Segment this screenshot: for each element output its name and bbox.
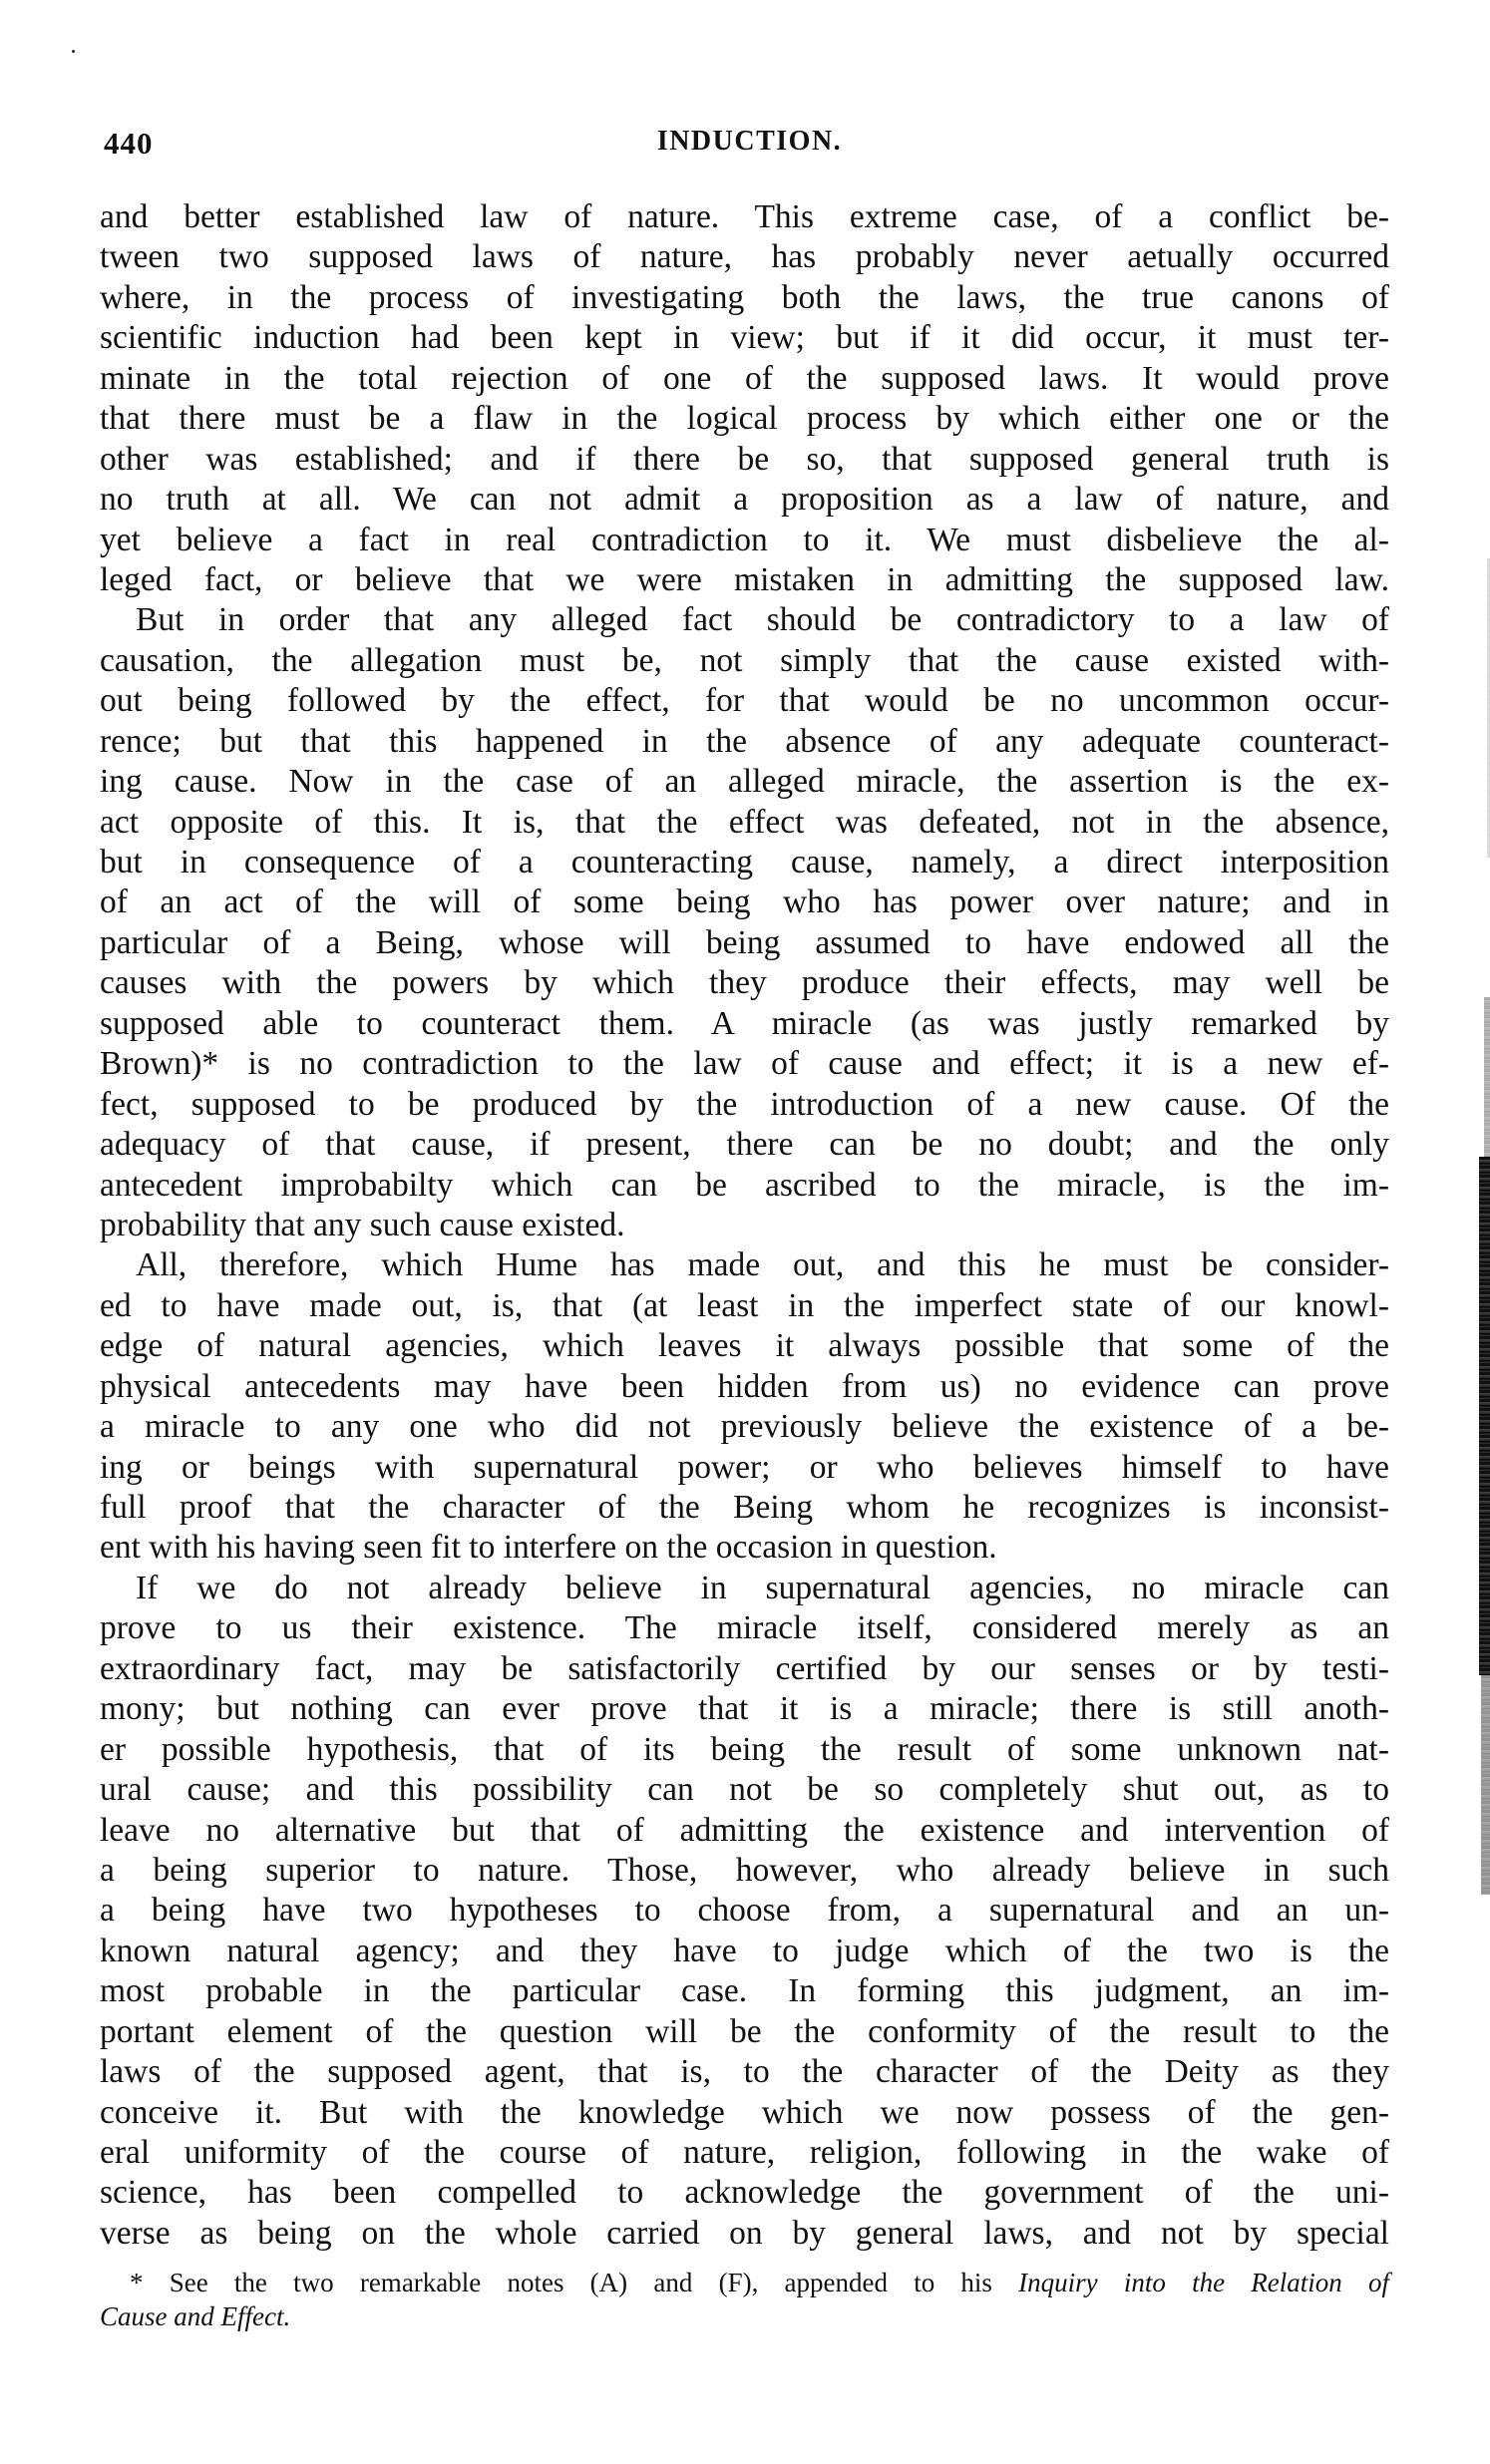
- text-line: But in order that any alleged fact shoul…: [100, 600, 1389, 640]
- text-line: causation, the allegation must be, not s…: [100, 641, 1389, 681]
- text-line: verse as being on the whole carried on b…: [100, 2214, 1389, 2254]
- text-line: act opposite of this. It is, that the ef…: [100, 803, 1389, 843]
- scan-speck: [72, 50, 75, 53]
- text-line: conceive it. But with the knowledge whic…: [100, 2093, 1389, 2133]
- text-line: mony; but nothing can ever prove that it…: [100, 1689, 1389, 1729]
- running-head-text: INDUCTION.: [657, 126, 842, 158]
- text-line: prove to us their existence. The miracle…: [100, 1608, 1389, 1648]
- text-line: known natural agency; and they have to j…: [100, 1932, 1389, 1971]
- text-line: rence; but that this happened in the abs…: [100, 722, 1389, 762]
- text-line: most probable in the particular case. In…: [100, 1971, 1389, 2011]
- text-line: a being superior to nature. Those, howev…: [100, 1851, 1389, 1891]
- text-line: causes with the powers by which they pro…: [100, 963, 1389, 1003]
- footnote-book-title: Inquiry into the Relation of: [1018, 2268, 1389, 2297]
- text-line: ent with his having seen fit to interfer…: [100, 1528, 1389, 1568]
- text-line: antecedent improbabilty which can be asc…: [100, 1166, 1389, 1206]
- scan-gutter-shadow: [1481, 1675, 1490, 1895]
- text-line: portant element of the question will be …: [100, 2012, 1389, 2052]
- text-line: scientific induction had been kept in vi…: [100, 318, 1389, 358]
- text-line: tween two supposed laws of nature, has p…: [100, 237, 1389, 277]
- text-line: physical antecedents may have been hidde…: [100, 1367, 1389, 1407]
- text-line: leged fact, or believe that we were mist…: [100, 560, 1389, 600]
- text-line: a being have two hypotheses to choose fr…: [100, 1891, 1389, 1931]
- footnote-marker: *: [130, 2268, 144, 2297]
- text-line: leave no alternative but that of admitti…: [100, 1811, 1389, 1851]
- text-line: minate in the total rejection of one of …: [100, 359, 1389, 399]
- text-line: eral uniformity of the course of nature,…: [100, 2133, 1389, 2173]
- footnote-text: See the two remarkable notes (A) and (F)…: [144, 2268, 1019, 2297]
- running-head-title: INDUCTION.: [100, 126, 1389, 158]
- footnote-book-title-continued: Cause and Effect.: [100, 2301, 290, 2331]
- text-line: yet believe a fact in real contradiction…: [100, 521, 1389, 560]
- text-line: extraordinary fact, may be satisfactoril…: [100, 1649, 1389, 1689]
- text-line: full proof that the character of the Bei…: [100, 1488, 1389, 1528]
- text-line: but in consequence of a counteracting ca…: [100, 843, 1389, 882]
- text-line: of an act of the will of some being who …: [100, 882, 1389, 922]
- text-line: ing cause. Now in the case of an alleged…: [100, 762, 1389, 802]
- text-line: ing or beings with supernatural power; o…: [100, 1448, 1389, 1488]
- text-line: particular of a Being, whose will being …: [100, 923, 1389, 963]
- scan-gutter-shadow: [1484, 997, 1490, 1157]
- text-line: If we do not already believe in supernat…: [100, 1569, 1389, 1608]
- text-line: other was established; and if there be s…: [100, 440, 1389, 480]
- body-text: and better established law of nature. Th…: [100, 197, 1389, 2254]
- text-line: ural cause; and this possibility can not…: [100, 1770, 1389, 1810]
- text-line: where, in the process of investigating b…: [100, 278, 1389, 318]
- text-line: out being followed by the effect, for th…: [100, 681, 1389, 721]
- text-line: supposed able to counteract them. A mira…: [100, 1004, 1389, 1044]
- text-line: and better established law of nature. Th…: [100, 197, 1389, 237]
- text-line: er possible hypothesis, that of its bein…: [100, 1730, 1389, 1770]
- text-line: that there must be a flaw in the logical…: [100, 399, 1389, 439]
- text-line: probability that any such cause existed.: [100, 1206, 1389, 1245]
- scan-gutter-shadow: [1479, 1157, 1490, 1675]
- text-line: adequacy of that cause, if present, ther…: [100, 1125, 1389, 1165]
- text-line: laws of the supposed agent, that is, to …: [100, 2052, 1389, 2092]
- text-line: science, has been compelled to acknowled…: [100, 2173, 1389, 2213]
- footnote-line-1: * See the two remarkable notes (A) and (…: [100, 2266, 1389, 2299]
- text-line: Brown)* is no contradiction to the law o…: [100, 1044, 1389, 1084]
- text-line: All, therefore, which Hume has made out,…: [100, 1245, 1389, 1285]
- text-line: edge of natural agencies, which leaves i…: [100, 1326, 1389, 1366]
- text-line: fect, supposed to be produced by the int…: [100, 1085, 1389, 1125]
- footnote-line-2: Cause and Effect.: [100, 2299, 1389, 2333]
- text-line: ed to have made out, is, that (at least …: [100, 1286, 1389, 1326]
- running-head: 440 INDUCTION.: [100, 126, 1389, 166]
- text-line: no truth at all. We can not admit a prop…: [100, 480, 1389, 520]
- book-page: 440 INDUCTION. and better established la…: [0, 0, 1490, 2464]
- footnote: * See the two remarkable notes (A) and (…: [100, 2266, 1389, 2333]
- text-line: a miracle to any one who did not previou…: [100, 1407, 1389, 1447]
